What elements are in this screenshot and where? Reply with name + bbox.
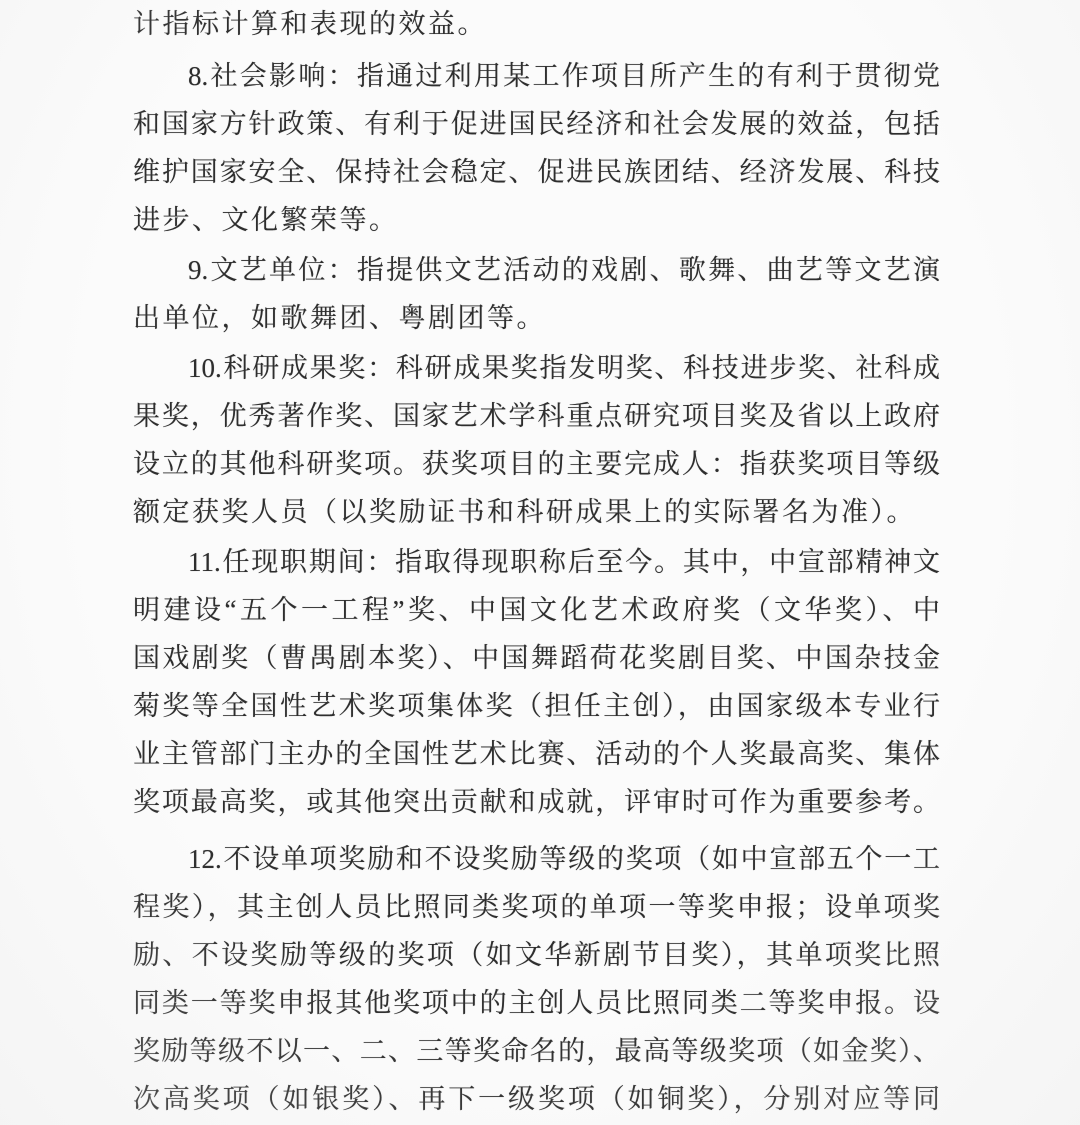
paragraph-item-8-social-impact: 8.社会影响：指通过利用某工作项目所产生的有利于贯彻党 和国家方针政策、有利于促… <box>133 52 940 244</box>
text-line: 程奖），其主创人员比照同类奖项的单项一等奖申报；设单项奖 <box>133 883 940 931</box>
text-line: 同类一等奖申报其他奖项中的主创人员比照同类二等奖申报。设 <box>133 979 940 1027</box>
text-line: 次高奖项（如银奖）、再下一级奖项（如铜奖），分别对应等同 <box>133 1075 940 1123</box>
text-line: 出单位，如歌舞团、粤剧团等。 <box>133 294 940 342</box>
text-line: 11.任现职期间：指取得现职称后至今。其中，中宣部精神文 <box>133 538 940 586</box>
text-line: 计指标计算和表现的效益。 <box>133 0 940 48</box>
text-line: 8.社会影响：指通过利用某工作项目所产生的有利于贯彻党 <box>133 52 940 100</box>
text-line: 额定获奖人员（以奖励证书和科研成果上的实际署名为准）。 <box>133 488 940 536</box>
text-line: 国戏剧奖（曹禺剧本奖）、中国舞蹈荷花奖剧目奖、中国杂技金 <box>133 634 940 682</box>
document-content: 计指标计算和表现的效益。 8.社会影响：指通过利用某工作项目所产生的有利于贯彻党… <box>133 0 940 1123</box>
text-line: 维护国家安全、保持社会稳定、促进民族团结、经济发展、科技 <box>133 148 940 196</box>
text-line: 设立的其他科研奖项。获奖项目的主要完成人：指获奖项目等级 <box>133 440 940 488</box>
text-line: 12.不设单项奖励和不设奖励等级的奖项（如中宣部五个一工 <box>133 835 940 883</box>
paragraph-item-9-art-units: 9.文艺单位：指提供文艺活动的戏剧、歌舞、曲艺等文艺演 出单位，如歌舞团、粤剧团… <box>133 246 940 342</box>
text-line: 菊奖等全国性艺术奖项集体奖（担任主创），由国家级本专业行 <box>133 682 940 730</box>
paragraph-continuation: 计指标计算和表现的效益。 <box>133 0 940 48</box>
text-line: 励、不设奖励等级的奖项（如文华新剧节目奖），其单项奖比照 <box>133 931 940 979</box>
paragraph-item-12-award-grades: 12.不设单项奖励和不设奖励等级的奖项（如中宣部五个一工 程奖），其主创人员比照… <box>133 835 940 1123</box>
text-line: 10.科研成果奖：科研成果奖指发明奖、科技进步奖、社科成 <box>133 344 940 392</box>
text-line: 果奖，优秀著作奖、国家艺术学科重点研究项目奖及省以上政府 <box>133 392 940 440</box>
document-page: 计指标计算和表现的效益。 8.社会影响：指通过利用某工作项目所产生的有利于贯彻党… <box>0 0 1080 1125</box>
text-line: 和国家方针政策、有利于促进国民经济和社会发展的效益，包括 <box>133 100 940 148</box>
text-line: 明建设“五个一工程”奖、中国文化艺术政府奖（文华奖）、中 <box>133 586 940 634</box>
text-line: 业主管部门主办的全国性艺术比赛、活动的个人奖最高奖、集体 <box>133 730 940 778</box>
paragraph-item-10-research-awards: 10.科研成果奖：科研成果奖指发明奖、科技进步奖、社科成 果奖，优秀著作奖、国家… <box>133 344 940 536</box>
text-line: 奖项最高奖，或其他突出贡献和成就，评审时可作为重要参考。 <box>133 778 940 826</box>
paragraph-item-11-current-post-period: 11.任现职期间：指取得现职称后至今。其中，中宣部精神文 明建设“五个一工程”奖… <box>133 538 940 826</box>
text-line: 进步、文化繁荣等。 <box>133 196 940 244</box>
text-line: 9.文艺单位：指提供文艺活动的戏剧、歌舞、曲艺等文艺演 <box>133 246 940 294</box>
text-line: 奖励等级不以一、二、三等奖命名的，最高等级奖项（如金奖）、 <box>133 1027 940 1075</box>
